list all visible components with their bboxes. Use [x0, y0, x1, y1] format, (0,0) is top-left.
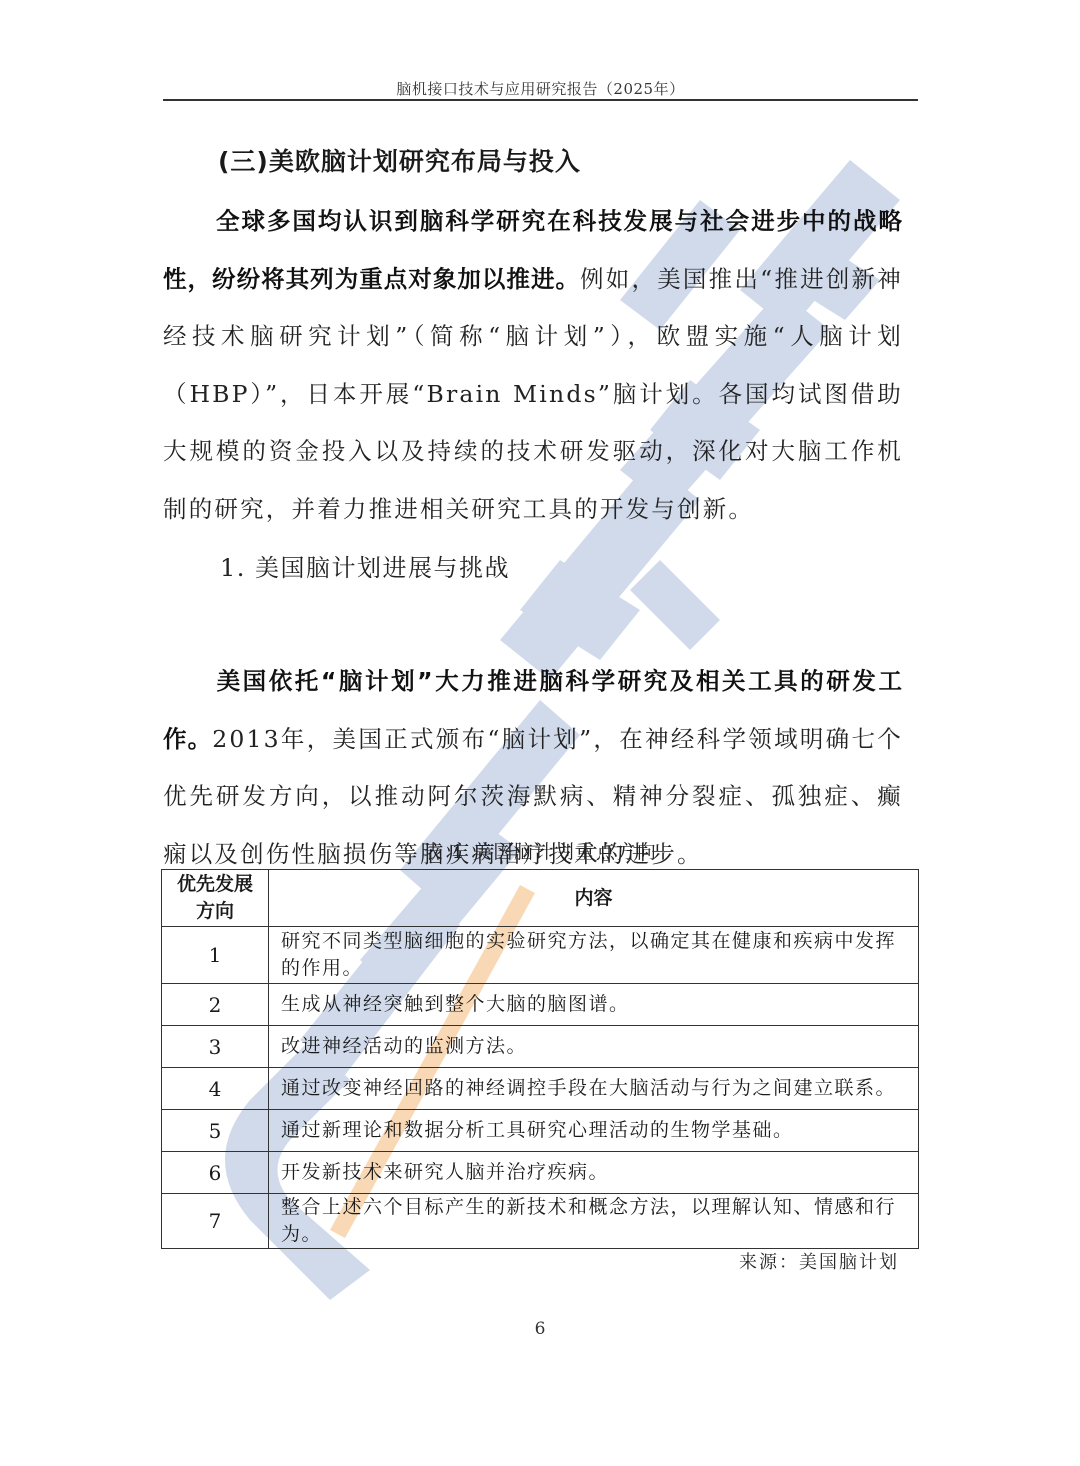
row-number: 3	[162, 1026, 269, 1068]
row-number: 5	[162, 1110, 269, 1152]
table-row: 7 整合上述六个目标产生的新技术和概念方法，以理解认知、情感和行为。	[162, 1194, 919, 1249]
table-caption: 表 1 美国脑计划重点方向	[163, 837, 918, 864]
row-number: 6	[162, 1152, 269, 1194]
table-row: 2 生成从神经突触到整个大脑的脑图谱。	[162, 984, 919, 1026]
section-title: (三)美欧脑计划研究布局与投入	[218, 142, 581, 178]
row-content: 通过改变神经回路的神经调控手段在大脑活动与行为之间建立联系。	[269, 1068, 919, 1110]
row-number: 2	[162, 984, 269, 1026]
subsection-title: 1. 美国脑计划进展与挑战	[220, 548, 510, 583]
column-header-content: 内容	[269, 870, 919, 927]
row-content: 通过新理论和数据分析工具研究心理活动的生物学基础。	[269, 1110, 919, 1152]
row-number: 4	[162, 1068, 269, 1110]
table-row: 3 改进神经活动的监测方法。	[162, 1026, 919, 1068]
row-number: 7	[162, 1194, 269, 1249]
table-source-note: 来源：美国脑计划	[739, 1248, 899, 1274]
table-header-row: 优先发展方向 内容	[162, 870, 919, 927]
paragraph-global-brain-research: 全球多国均认识到脑科学研究在科技发展与社会进步中的战略性，纷纷将其列为重点对象加…	[163, 193, 903, 538]
table-row: 4 通过改变神经回路的神经调控手段在大脑活动与行为之间建立联系。	[162, 1068, 919, 1110]
priority-directions-table: 优先发展方向 内容 1 研究不同类型脑细胞的实验研究方法，以确定其在健康和疾病中…	[161, 869, 919, 1249]
table-row: 6 开发新技术来研究人脑并治疗疾病。	[162, 1152, 919, 1194]
row-content: 改进神经活动的监测方法。	[269, 1026, 919, 1068]
paragraph-body: 例如，美国推出“推进创新神经技术脑研究计划”（简称“脑计划”），欧盟实施“人脑计…	[163, 265, 903, 523]
row-content: 开发新技术来研究人脑并治疗疾病。	[269, 1152, 919, 1194]
row-content: 整合上述六个目标产生的新技术和概念方法，以理解认知、情感和行为。	[269, 1194, 919, 1249]
column-header-priority: 优先发展方向	[162, 870, 269, 927]
header-divider	[163, 99, 918, 101]
table-row: 1 研究不同类型脑细胞的实验研究方法，以确定其在健康和疾病中发挥的作用。	[162, 927, 919, 984]
running-header: 脑机接口技术与应用研究报告（2025年）	[163, 78, 918, 99]
row-content: 研究不同类型脑细胞的实验研究方法，以确定其在健康和疾病中发挥的作用。	[269, 927, 919, 984]
row-content: 生成从神经突触到整个大脑的脑图谱。	[269, 984, 919, 1026]
row-number: 1	[162, 927, 269, 984]
page-number: 6	[0, 1319, 1080, 1339]
table-row: 5 通过新理论和数据分析工具研究心理活动的生物学基础。	[162, 1110, 919, 1152]
